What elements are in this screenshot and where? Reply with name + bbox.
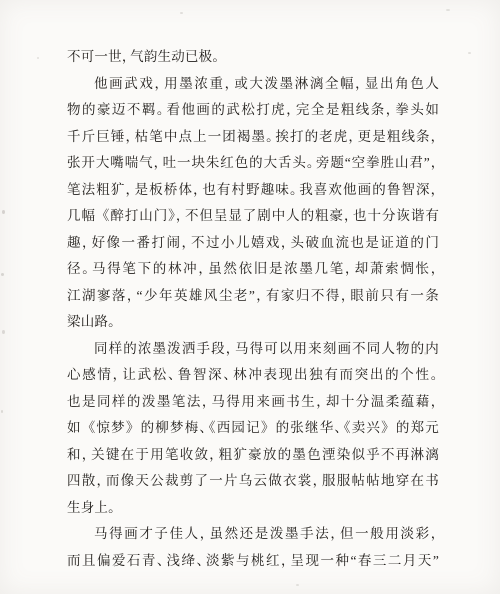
scan-speck (468, 52, 471, 54)
text-line: 梁山路。 (67, 309, 439, 336)
page-text: 不可一世，气韵生动已极。他画武戏，用墨浓重，或大泼墨淋漓全幅，显出角色人物的豪迈… (67, 44, 439, 574)
book-page: 不可一世，气韵生动已极。他画武戏，用墨浓重，或大泼墨淋漓全幅，显出角色人物的豪迈… (0, 0, 500, 594)
text-line: 心感情，让武松、鲁智深、林冲表现出独有而突出的个性。 (67, 362, 439, 389)
text-line: 张开大嘴喘气，吐一块朱红色的大舌头。旁题“空拳胜山君”， (67, 150, 439, 177)
scan-speck (1, 273, 4, 276)
scan-speck (37, 57, 39, 59)
text-line: 江湖寥落，“少年英雄风尘老”，有家归不得，眼前只有一条 (67, 283, 439, 310)
scan-speck (296, 584, 299, 586)
scan-speck (2, 330, 5, 334)
text-line: 四散，而像天公裁剪了一片乌云做衣裳，服服帖帖地穿在书 (67, 468, 439, 495)
text-line: 千斤巨锤，枯笔中点上一团褐墨。挨打的老虎，更是粗线条， (67, 124, 439, 151)
text-line: 物的豪迈不羁。看他画的武松打虎，完全是粗线条，拳头如 (67, 97, 439, 124)
text-line: 趣，好像一番打闹，不过小儿嬉戏，头破血流也是证道的门 (67, 230, 439, 257)
text-line: 几幅《醉打山门》，不但呈显了剧中人的粗豪，也十分诙谐有 (67, 203, 439, 230)
text-line: 笔法粗犷，是板桥体，也有村野趣味。我喜欢他画的鲁智深， (67, 177, 439, 204)
text-line: 马得画才子佳人，虽然还是泼墨手法，但一般用淡彩， (67, 521, 439, 548)
text-line: 他画武戏，用墨浓重，或大泼墨淋漓全幅，显出角色人 (67, 71, 439, 98)
text-line: 生身上。 (67, 495, 439, 522)
text-line: 如《惊梦》的柳梦梅、《西园记》的张继华、《卖兴》的郑元 (67, 415, 439, 442)
scan-speck (180, 12, 183, 14)
text-line: 和，关键在于用笔收敛，粗犷豪放的墨色湮染似乎不再淋漓 (67, 442, 439, 469)
scan-speck (2, 210, 5, 214)
text-line: 而且偏爱石青、浅绛、淡紫与桃红，呈现一种“春三二月天” (67, 548, 439, 575)
text-line: 同样的浓墨泼洒手段，马得可以用来刻画不同人物的内 (67, 336, 439, 363)
scan-speck (1, 410, 3, 413)
text-line: 也是同样的泼墨笔法，马得用来画书生，却十分温柔蕴藉， (67, 389, 439, 416)
text-line: 径。马得笔下的林冲，虽然依旧是浓墨几笔，却萧索惆怅， (67, 256, 439, 283)
text-line: 不可一世，气韵生动已极。 (67, 44, 439, 71)
scan-speck (446, 9, 450, 11)
